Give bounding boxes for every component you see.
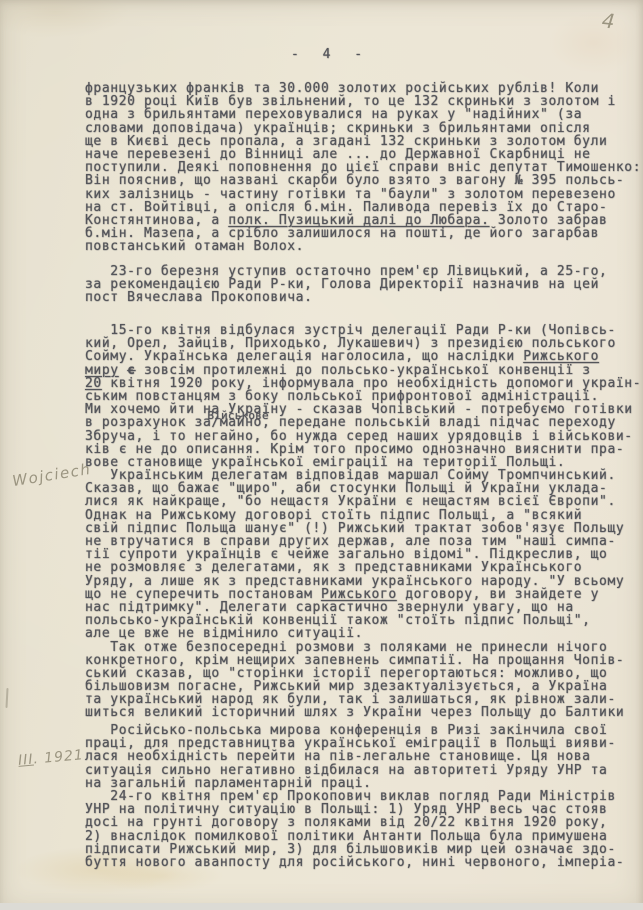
paragraph-p4: Російсько-польська мирова конференція в … [85, 724, 643, 869]
text-line: що не суперечить постановам Рижського до… [85, 588, 643, 601]
text-line: досі на грунті договору з поляками від 2… [85, 816, 643, 829]
text-line: на загальній парламентарній праці. [85, 777, 643, 790]
text-line: ків є не до описання. Крім того просимо … [85, 443, 643, 456]
text-line: ще в Києві десь пропала, а згадані 132 с… [85, 135, 643, 148]
text-line: Збруча, і то негайно, бо нужда серед наш… [85, 430, 643, 443]
text-line: Сойму. Українська делегація наголосила, … [85, 350, 643, 363]
text-line: лася необхідність перейти на пів-легальн… [85, 750, 643, 763]
paragraph-p3: 15-го квітня відбулася зустріч делегації… [85, 324, 643, 720]
text-line: ситуація сильно негативно відбилася на а… [85, 764, 643, 777]
text-line: конкретного, крім нещирих запевнень симп… [85, 654, 643, 667]
text-line: 20 квітня 1920 року, інформувала про нео… [85, 377, 643, 390]
text-line: миру є зовсім протилежні до польсько-укр… [85, 364, 643, 377]
pencil-margin-date-rest: . 1921 [33, 747, 85, 767]
text-line: одна з брильянтами переховувалися на рук… [85, 108, 643, 121]
text-line: словами доповідача) українців; скриньки … [85, 122, 643, 135]
text-line: буття нового аванпосту для російського, … [85, 856, 643, 869]
scanner-edge [0, 903, 643, 910]
paper-stain [0, 0, 130, 38]
pencil-margin-stroke [5, 688, 8, 708]
text-line: 2) внаслідок помилкової політики Антанти… [85, 830, 643, 843]
text-line: Однак на Рижському договорі стоїть підпи… [85, 509, 643, 522]
paper-stain [548, 12, 640, 74]
paragraph-p2: 23-го березня уступив остаточно прем'єр … [85, 265, 643, 305]
text-line: лися як найкраще, "бо нещастя України є … [85, 495, 643, 508]
paragraph-p1: французьких франків та 30.000 золотих ро… [85, 82, 643, 253]
text-line: Він пояснив, що названі скарби було взят… [85, 174, 643, 187]
text-line: не розмовляє з делегатами, як з представ… [85, 561, 643, 574]
page-number: - 4 - [291, 48, 370, 61]
text-line: ких залізниць - частину готівки та "баул… [85, 188, 643, 201]
pencil-corner-numeral: 4 [601, 8, 616, 33]
text-line: Так отже безпосередні розмови з поляками… [85, 641, 643, 654]
text-line: шиться великий історичний шлях з України… [85, 706, 643, 719]
text-line: в розрахунок заВійськове/майно, передане… [85, 416, 643, 429]
text-line: але це вже не відмінило ситуації. [85, 627, 643, 640]
text-line: підписати Рижський мир, 3) для більшовик… [85, 843, 643, 856]
pencil-margin-name: Wojciech [11, 460, 92, 490]
pencil-margin-date: III. 1921 [17, 747, 84, 769]
scanned-document-page: - 4 - 4 французьких франків та 30.000 зо… [0, 0, 643, 910]
text-line: пост Вячеслава Прокоповича. [85, 291, 643, 304]
text-line: повстанський отаман Волох. [85, 240, 643, 253]
